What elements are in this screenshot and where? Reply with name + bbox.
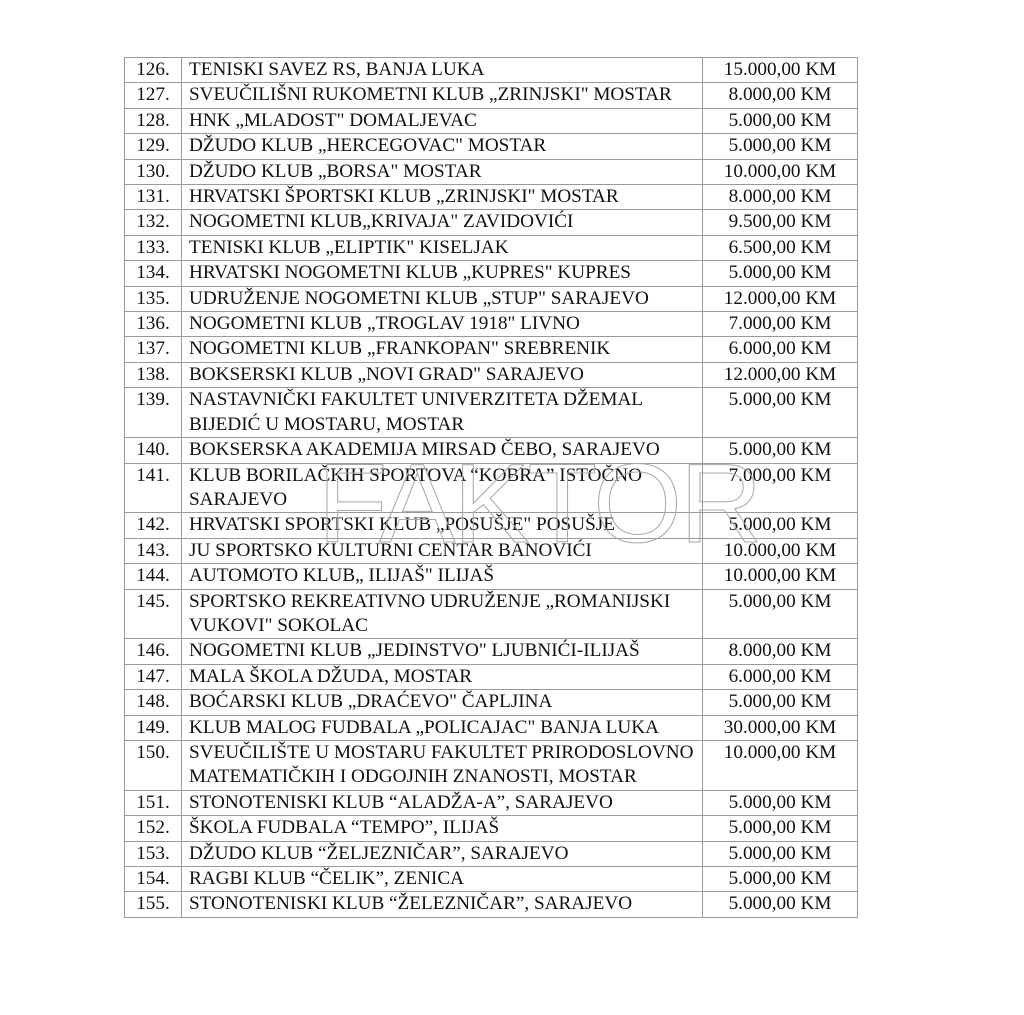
table-row: 143. JU SPORTSKO KULTURNI CENTAR BANOVIĆ… bbox=[125, 538, 858, 563]
grant-amount: 6.500,00 KM bbox=[703, 235, 858, 260]
grant-amount: 8.000,00 KM bbox=[703, 185, 858, 210]
recipient-name: UDRUŽENJE NOGOMETNI KLUB „STUP" SARAJEVO bbox=[182, 286, 703, 311]
recipient-name: TENISKI KLUB „ELIPTIK" KISELJAK bbox=[182, 235, 703, 260]
grant-amount: 5.000,00 KM bbox=[703, 589, 858, 639]
table-row: 138. BOKSERSKI KLUB „NOVI GRAD" SARAJEVO… bbox=[125, 362, 858, 387]
row-number: 126. bbox=[125, 58, 182, 83]
row-number: 147. bbox=[125, 664, 182, 689]
table-row: 128. HNK „MLADOST" DOMALJEVAC 5.000,00 K… bbox=[125, 108, 858, 133]
row-number: 153. bbox=[125, 841, 182, 866]
row-number: 132. bbox=[125, 210, 182, 235]
grant-amount: 9.500,00 KM bbox=[703, 210, 858, 235]
row-number: 139. bbox=[125, 388, 182, 438]
recipient-name: STONOTENISKI KLUB “ALADŽA-A”, SARAJEVO bbox=[182, 790, 703, 815]
row-number: 152. bbox=[125, 816, 182, 841]
grant-amount: 10.000,00 KM bbox=[703, 564, 858, 589]
table-row: 130. DŽUDO KLUB „BORSA" MOSTAR 10.000,00… bbox=[125, 159, 858, 184]
grant-amount: 10.000,00 KM bbox=[703, 538, 858, 563]
table-row: 139. NASTAVNIČKI FAKULTET UNIVERZITETA D… bbox=[125, 388, 858, 438]
row-number: 140. bbox=[125, 438, 182, 463]
grant-amount: 7.000,00 KM bbox=[703, 463, 858, 513]
table-row: 127. SVEUČILIŠNI RUKOMETNI KLUB „ZRINJSK… bbox=[125, 83, 858, 108]
table-row: 153. DŽUDO KLUB “ŽELJEZNIČAR”, SARAJEVO … bbox=[125, 841, 858, 866]
grants-table-body: 126. TENISKI SAVEZ RS, BANJA LUKA 15.000… bbox=[125, 58, 858, 918]
grant-amount: 5.000,00 KM bbox=[703, 892, 858, 917]
table-row: 154. RAGBI KLUB “ČELIK”, ZENICA 5.000,00… bbox=[125, 867, 858, 892]
grant-amount: 8.000,00 KM bbox=[703, 83, 858, 108]
row-number: 145. bbox=[125, 589, 182, 639]
grant-amount: 30.000,00 KM bbox=[703, 715, 858, 740]
table-row: 131. HRVATSKI ŠPORTSKI KLUB „ZRINJSKI" M… bbox=[125, 185, 858, 210]
table-row: 126. TENISKI SAVEZ RS, BANJA LUKA 15.000… bbox=[125, 58, 858, 83]
recipient-name: HRVATSKI ŠPORTSKI KLUB „ZRINJSKI" MOSTAR bbox=[182, 185, 703, 210]
grant-amount: 12.000,00 KM bbox=[703, 286, 858, 311]
recipient-name: HNK „MLADOST" DOMALJEVAC bbox=[182, 108, 703, 133]
grant-amount: 5.000,00 KM bbox=[703, 816, 858, 841]
row-number: 143. bbox=[125, 538, 182, 563]
recipient-name: NOGOMETNI KLUB „FRANKOPAN" SREBRENIK bbox=[182, 337, 703, 362]
grant-amount: 5.000,00 KM bbox=[703, 841, 858, 866]
grant-amount: 6.000,00 KM bbox=[703, 664, 858, 689]
row-number: 136. bbox=[125, 312, 182, 337]
row-number: 135. bbox=[125, 286, 182, 311]
grant-amount: 5.000,00 KM bbox=[703, 438, 858, 463]
grant-amount: 5.000,00 KM bbox=[703, 388, 858, 438]
table-row: 140. BOKSERSKA AKADEMIJA MIRSAD ČEBO, SA… bbox=[125, 438, 858, 463]
grant-amount: 5.000,00 KM bbox=[703, 513, 858, 538]
grant-amount: 8.000,00 KM bbox=[703, 639, 858, 664]
row-number: 130. bbox=[125, 159, 182, 184]
row-number: 146. bbox=[125, 639, 182, 664]
table-row: 129. DŽUDO KLUB „HERCEGOVAC" MOSTAR 5.00… bbox=[125, 134, 858, 159]
recipient-name: SPORTSKO REKREATIVNO UDRUŽENJE „ROMANIJS… bbox=[182, 589, 703, 639]
recipient-name: KLUB MALOG FUDBALA „POLICAJAC" BANJA LUK… bbox=[182, 715, 703, 740]
grants-table: 126. TENISKI SAVEZ RS, BANJA LUKA 15.000… bbox=[124, 57, 858, 918]
table-row: 133. TENISKI KLUB „ELIPTIK" KISELJAK 6.5… bbox=[125, 235, 858, 260]
table-row: 148. BOĆARSKI KLUB „DRAĆEVO" ČAPLJINA 5.… bbox=[125, 690, 858, 715]
grant-amount: 5.000,00 KM bbox=[703, 134, 858, 159]
grant-amount: 5.000,00 KM bbox=[703, 690, 858, 715]
grant-amount: 12.000,00 KM bbox=[703, 362, 858, 387]
recipient-name: SVEUČILIŠTE U MOSTARU FAKULTET PRIRODOSL… bbox=[182, 740, 703, 790]
row-number: 128. bbox=[125, 108, 182, 133]
recipient-name: ŠKOLA FUDBALA “TEMPO”, ILIJAŠ bbox=[182, 816, 703, 841]
row-number: 138. bbox=[125, 362, 182, 387]
recipient-name: DŽUDO KLUB “ŽELJEZNIČAR”, SARAJEVO bbox=[182, 841, 703, 866]
recipient-name: DŽUDO KLUB „BORSA" MOSTAR bbox=[182, 159, 703, 184]
grant-amount: 10.000,00 KM bbox=[703, 740, 858, 790]
table-row: 150. SVEUČILIŠTE U MOSTARU FAKULTET PRIR… bbox=[125, 740, 858, 790]
recipient-name: JU SPORTSKO KULTURNI CENTAR BANOVIĆI bbox=[182, 538, 703, 563]
row-number: 155. bbox=[125, 892, 182, 917]
recipient-name: STONOTENISKI KLUB “ŽELEZNIČAR”, SARAJEVO bbox=[182, 892, 703, 917]
recipient-name: NOGOMETNI KLUB „TROGLAV 1918" LIVNO bbox=[182, 312, 703, 337]
grant-amount: 15.000,00 KM bbox=[703, 58, 858, 83]
recipient-name: KLUB BORILAČKIH SPORTOVA “KOBRA” ISTOČNO… bbox=[182, 463, 703, 513]
table-row: 152. ŠKOLA FUDBALA “TEMPO”, ILIJAŠ 5.000… bbox=[125, 816, 858, 841]
table-row: 141. KLUB BORILAČKIH SPORTOVA “KOBRA” IS… bbox=[125, 463, 858, 513]
recipient-name: BOKSERSKI KLUB „NOVI GRAD" SARAJEVO bbox=[182, 362, 703, 387]
table-row: 147. MALA ŠKOLA DŽUDA, MOSTAR 6.000,00 K… bbox=[125, 664, 858, 689]
row-number: 141. bbox=[125, 463, 182, 513]
row-number: 129. bbox=[125, 134, 182, 159]
grant-amount: 6.000,00 KM bbox=[703, 337, 858, 362]
row-number: 144. bbox=[125, 564, 182, 589]
recipient-name: DŽUDO KLUB „HERCEGOVAC" MOSTAR bbox=[182, 134, 703, 159]
row-number: 149. bbox=[125, 715, 182, 740]
grant-amount: 5.000,00 KM bbox=[703, 867, 858, 892]
recipient-name: RAGBI KLUB “ČELIK”, ZENICA bbox=[182, 867, 703, 892]
recipient-name: HRVATSKI SPORTSKI KLUB „POSUŠJE" POSUŠJE bbox=[182, 513, 703, 538]
row-number: 151. bbox=[125, 790, 182, 815]
table-row: 145. SPORTSKO REKREATIVNO UDRUŽENJE „ROM… bbox=[125, 589, 858, 639]
table-row: 137. NOGOMETNI KLUB „FRANKOPAN" SREBRENI… bbox=[125, 337, 858, 362]
recipient-name: AUTOMOTO KLUB„ ILIJAŠ" ILIJAŠ bbox=[182, 564, 703, 589]
grant-amount: 10.000,00 KM bbox=[703, 159, 858, 184]
table-row: 151. STONOTENISKI KLUB “ALADŽA-A”, SARAJ… bbox=[125, 790, 858, 815]
row-number: 154. bbox=[125, 867, 182, 892]
table-row: 144. AUTOMOTO KLUB„ ILIJAŠ" ILIJAŠ 10.00… bbox=[125, 564, 858, 589]
grant-amount: 5.000,00 KM bbox=[703, 108, 858, 133]
table-row: 135. UDRUŽENJE NOGOMETNI KLUB „STUP" SAR… bbox=[125, 286, 858, 311]
row-number: 150. bbox=[125, 740, 182, 790]
table-row: 142. HRVATSKI SPORTSKI KLUB „POSUŠJE" PO… bbox=[125, 513, 858, 538]
table-row: 146. NOGOMETNI KLUB „JEDINSTVO" LJUBNIĆI… bbox=[125, 639, 858, 664]
grant-amount: 5.000,00 KM bbox=[703, 790, 858, 815]
table-row: 134. HRVATSKI NOGOMETNI KLUB „KUPRES" KU… bbox=[125, 261, 858, 286]
recipient-name: BOKSERSKA AKADEMIJA MIRSAD ČEBO, SARAJEV… bbox=[182, 438, 703, 463]
recipient-name: NASTAVNIČKI FAKULTET UNIVERZITETA DŽEMAL… bbox=[182, 388, 703, 438]
recipient-name: MALA ŠKOLA DŽUDA, MOSTAR bbox=[182, 664, 703, 689]
table-row: 155. STONOTENISKI KLUB “ŽELEZNIČAR”, SAR… bbox=[125, 892, 858, 917]
table-row: 149. KLUB MALOG FUDBALA „POLICAJAC" BANJ… bbox=[125, 715, 858, 740]
table-row: 132. NOGOMETNI KLUB„KRIVAJA" ZAVIDOVIĆI … bbox=[125, 210, 858, 235]
row-number: 142. bbox=[125, 513, 182, 538]
row-number: 134. bbox=[125, 261, 182, 286]
recipient-name: SVEUČILIŠNI RUKOMETNI KLUB „ZRINJSKI" MO… bbox=[182, 83, 703, 108]
grant-amount: 7.000,00 KM bbox=[703, 312, 858, 337]
recipient-name: NOGOMETNI KLUB„KRIVAJA" ZAVIDOVIĆI bbox=[182, 210, 703, 235]
row-number: 137. bbox=[125, 337, 182, 362]
row-number: 131. bbox=[125, 185, 182, 210]
table-row: 136. NOGOMETNI KLUB „TROGLAV 1918" LIVNO… bbox=[125, 312, 858, 337]
row-number: 133. bbox=[125, 235, 182, 260]
recipient-name: NOGOMETNI KLUB „JEDINSTVO" LJUBNIĆI-ILIJ… bbox=[182, 639, 703, 664]
recipient-name: HRVATSKI NOGOMETNI KLUB „KUPRES" KUPRES bbox=[182, 261, 703, 286]
row-number: 127. bbox=[125, 83, 182, 108]
row-number: 148. bbox=[125, 690, 182, 715]
recipient-name: TENISKI SAVEZ RS, BANJA LUKA bbox=[182, 58, 703, 83]
recipient-name: BOĆARSKI KLUB „DRAĆEVO" ČAPLJINA bbox=[182, 690, 703, 715]
grant-amount: 5.000,00 KM bbox=[703, 261, 858, 286]
